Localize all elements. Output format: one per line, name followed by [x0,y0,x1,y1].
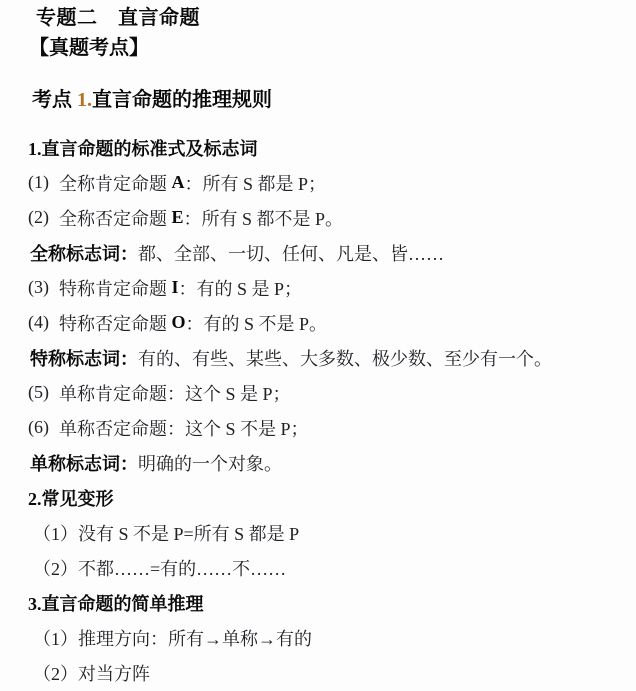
item-number: (4) [28,312,49,333]
marker-text: 有的、有些、某些、大多数、极少数、至少有一个。 [138,345,552,371]
list-item-6: (6)单称否定命题：这个 S 不是 P； [28,410,616,445]
list-item-5: (5)单称肯定命题：这个 S 是 P； [28,375,616,410]
item-text: 单称否定命题：这个 S 不是 P； [59,415,309,441]
key-point-number: 1. [77,89,92,111]
key-point-title: 直言命题的推理规则 [92,89,272,111]
list-item-4: (4)特称否定命题 O：有的 S 不是 P。 [28,305,616,340]
section-1-heading: 1.直言命题的标准式及标志词 [28,130,616,165]
item-number: (1) [28,172,49,193]
list-item-3: (3)特称肯定命题 I：有的 S 是 P； [28,270,616,305]
marker-text: 明确的一个对象。 [138,450,282,476]
transform-item-1: （1）没有 S 不是 P=所有 S 都是 P [33,515,616,550]
item-text: ：有的 S 不是 P。 [186,310,328,336]
list-item-1: (1)全称肯定命题 A：所有 S 都是 P； [28,165,616,200]
item-number: (5) [28,382,49,403]
item-text: ：有的 S 是 P； [179,275,303,301]
key-point-heading: 考点 1.直言命题的推理规则 [32,88,616,112]
section-2-heading: 2.常见变形 [28,480,616,515]
exam-points-header: 【真题考点】 [29,36,616,60]
item-number: (3) [28,277,49,298]
proposition-letter: E [172,207,184,228]
singular-marker-line: 单称标志词：明确的一个对象。 [30,445,616,480]
item-text: 特称否定命题 [59,310,172,336]
item-text: 全称否定命题 [59,205,172,231]
particular-marker-line: 特称标志词：有的、有些、某些、大多数、极少数、至少有一个。 [30,340,616,375]
marker-label: 单称标志词： [30,450,138,476]
item-text: 全称肯定命题 [59,170,172,196]
item-number: (6) [28,417,49,438]
item-text: 特称肯定命题 [59,275,172,301]
marker-text: 都、全部、一切、任何、凡是、皆…… [138,240,444,266]
marker-label: 特称标志词： [30,345,138,371]
item-number: (2) [28,207,49,228]
item-text: 单称肯定命题：这个 S 是 P； [59,380,291,406]
item-text: ：所有 S 都不是 P。 [184,205,344,231]
proposition-letter: A [172,172,185,193]
proposition-letter: I [172,277,179,298]
document-title: 专题二 直言命题 [36,6,616,30]
inference-item-1: （1）推理方向：所有→单称→有的 [33,620,616,655]
document-page: 专题二 直言命题 【真题考点】 考点 1.直言命题的推理规则 1.直言命题的标准… [0,0,636,691]
universal-marker-line: 全称标志词：都、全部、一切、任何、凡是、皆…… [30,235,616,270]
section-3-heading: 3.直言命题的简单推理 [28,585,616,620]
marker-label: 全称标志词： [30,240,138,266]
document-body: 1.直言命题的标准式及标志词 (1)全称肯定命题 A：所有 S 都是 P； (2… [28,130,616,690]
item-text: ：所有 S 都是 P； [185,170,327,196]
list-item-2: (2)全称否定命题 E：所有 S 都不是 P。 [28,200,616,235]
proposition-letter: O [172,312,186,333]
key-point-prefix: 考点 [32,89,77,111]
transform-item-2: （2）不都……=有的……不…… [33,550,616,585]
inference-item-2: （2）对当方阵 [33,655,616,690]
